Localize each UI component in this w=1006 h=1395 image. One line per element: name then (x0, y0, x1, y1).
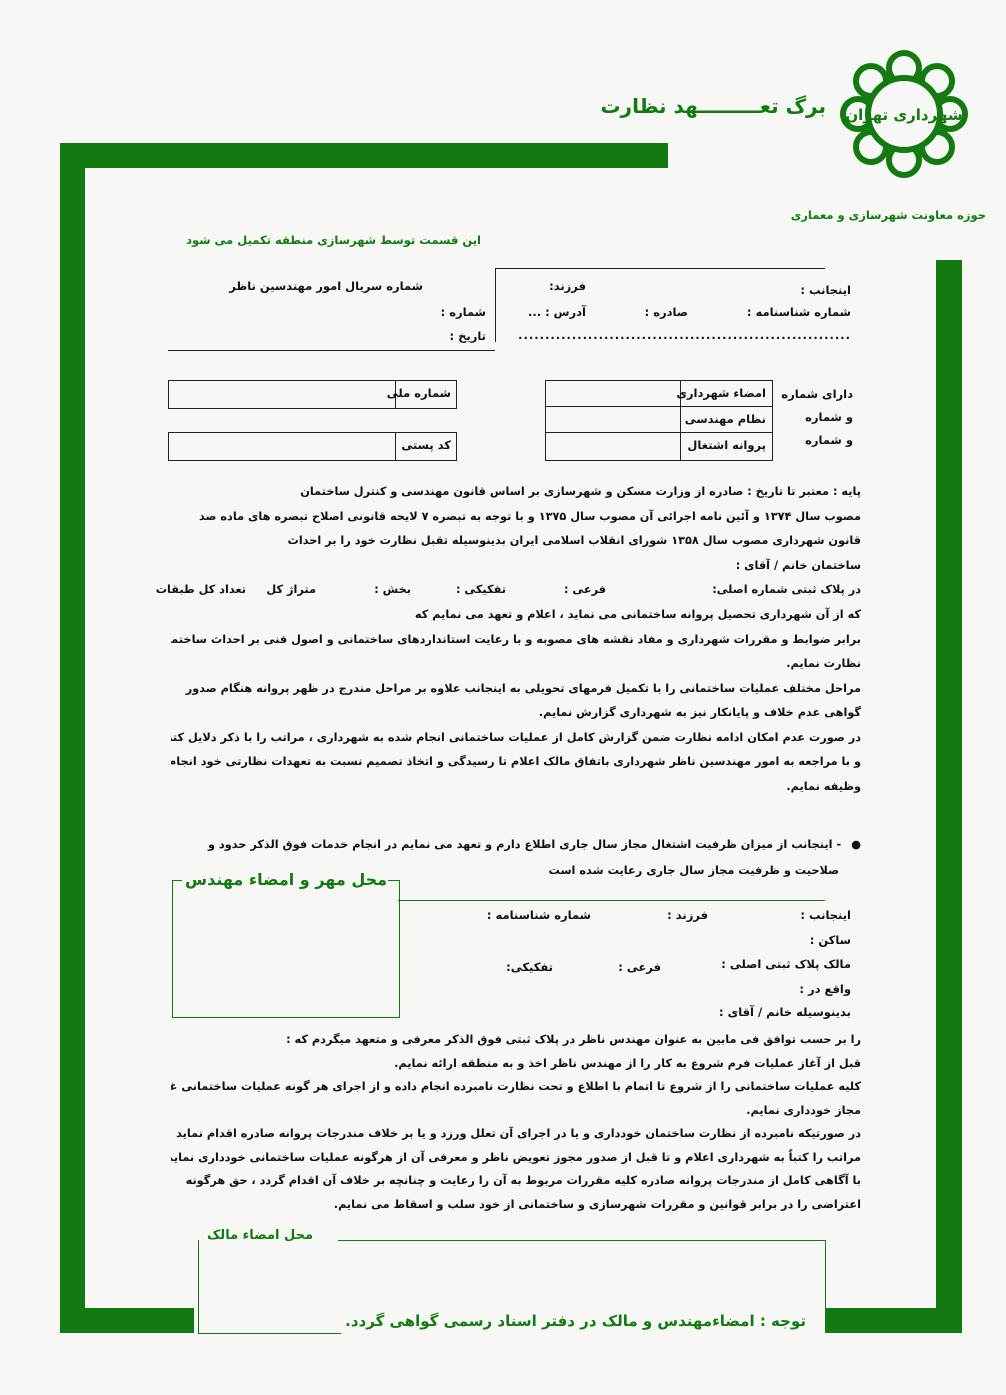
paragraph-line: و با مراجعه به امور مهندسین ناظر شهرداری… (171, 750, 861, 775)
engineer-stamp-box[interactable] (172, 880, 400, 1018)
paragraph-line: گواهی عدم خلاف و پایانکار نیز به شهرداری… (171, 701, 861, 726)
paragraph-line: وظیفه نمایم. (171, 775, 861, 800)
engineering-system-field[interactable]: نظام مهندسی (685, 412, 766, 426)
section1-vertical-rule (495, 268, 496, 342)
section1-bottom-rule (168, 350, 495, 351)
owner-section-divider (398, 900, 825, 901)
plaque-area-label: متراژ کل (266, 583, 316, 596)
owner-sub-label: فرعی : (618, 960, 661, 974)
owner-child-of-label: فرزند : (667, 908, 708, 922)
plaque-row: در پلاک ثبتی شماره اصلی: فرعی : تفکیکی :… (171, 583, 861, 603)
paragraph-line: در صورت عدم امکان ادامه نظارت ضمن گزارش … (171, 726, 861, 751)
paragraph-line: اعتراضی را در برابر قوانین و مقررات شهرس… (171, 1193, 861, 1217)
plaque-sub-label: فرعی : (564, 583, 606, 596)
id-number-label: شماره شناسنامه : (747, 305, 851, 319)
paragraph-line: در صورتیکه نامبرده از نظارت ساختمان خودد… (171, 1122, 861, 1146)
issued-label: صادره : (645, 305, 688, 319)
and-number-label-2: و شماره (805, 433, 853, 447)
owner-resident-label: ساکن : (810, 933, 851, 947)
plaque-separated-label: تفکیکی : (456, 583, 506, 596)
frame-left-bar (60, 143, 85, 1333)
paragraph-line: مصوب سال ۱۳۷۴ و آئین نامه اجرائی آن مصوب… (171, 505, 861, 530)
owner-commitment-paragraph: را بر حسب توافق فی مابین به عنوان مهندس … (171, 1028, 861, 1216)
municipality-signature-field[interactable]: امضاء شهرداری (676, 386, 766, 400)
plaque-floors-label: تعداد کل طبقات (156, 583, 246, 596)
national-id-label: شماره ملی (387, 386, 451, 400)
paragraph-line: که از آن شهرداری تحصیل پروانه ساختمانی م… (171, 603, 861, 628)
commitment-paragraph-2: که از آن شهرداری تحصیل پروانه ساختمانی م… (171, 603, 861, 799)
paragraph-line: مراحل مختلف عملیات ساختمانی را با تکمیل … (171, 677, 861, 702)
serial-number-label: شماره : (441, 305, 486, 319)
stamp-box-top-left-tick (172, 880, 182, 881)
and-number-label-1: و شماره (805, 410, 853, 424)
postal-code-divider (395, 432, 396, 461)
frame-bottom-right-bar (825, 1308, 962, 1333)
paragraph-line: با آگاهی کامل از مندرجات پروانه صادره کل… (171, 1169, 861, 1193)
owner-located-label: واقع در : (799, 982, 851, 996)
child-of-label: فرزند: (549, 279, 586, 293)
credentials-value-cells[interactable] (547, 382, 678, 458)
plaque-section-label: بخش : (374, 583, 411, 596)
frame-bottom-left-bar (60, 1308, 194, 1333)
paragraph-line: نظارت نمایم. (171, 652, 861, 677)
address-dots: ........................................… (511, 328, 851, 342)
zone-note: این قسمت توسط شهرسازی منطقه تکمیل می شود (186, 233, 481, 247)
department-name: حوزه معاونت شهرسازی و معماری (791, 208, 986, 222)
paragraph-line: قانون شهرداری مصوب سال ۱۳۵۸ شورای انقلاب… (171, 529, 861, 554)
paragraph-line: پایه : معتبر تا تاریخ : صادره از وزارت م… (171, 480, 861, 505)
svg-text:شهرداری تهران: شهرداری تهران (845, 106, 962, 124)
owner-plaque-label: مالک پلاک ثبتی اصلی : (721, 957, 851, 971)
owner-separated-label: تفکیکی: (506, 960, 553, 974)
paragraph-line: مجاز خودداری نمایم. (171, 1099, 861, 1123)
stamp-box-top-right-tick (388, 880, 399, 881)
owner-hereby-label: بدینوسیله خانم / آقای : (719, 1005, 851, 1019)
postal-code-label: کد پستی (401, 438, 451, 452)
tehran-municipality-emblem-icon: شهرداری تهران (838, 48, 970, 180)
bullet-dot-icon: ● (851, 838, 861, 851)
address-label: آدرس : ... (528, 305, 586, 319)
paragraph-line: قبل از آغاز عملیات فرم شروع به کار را از… (171, 1052, 861, 1076)
engineer-stamp-label: محل مهر و امضاء مهندس (185, 870, 387, 889)
serial-date-label: تاریخ : (450, 329, 486, 343)
paragraph-line: مراتب را کتباً به شهرداری اعلام و تا قبل… (171, 1146, 861, 1170)
section1-top-rule (495, 268, 825, 269)
owner-signature-label: محل امضاء مالک (207, 1228, 313, 1243)
owner-applicant-label: اینجانب : (800, 908, 851, 922)
plaque-main-label: در پلاک ثبتی شماره اصلی: (712, 583, 861, 596)
owner-box-bottom-rule (198, 1333, 341, 1334)
commitment-paragraph-1: پایه : معتبر تا تاریخ : صادره از وزارت م… (171, 480, 861, 578)
paragraph-line: را بر حسب توافق فی مابین به عنوان مهندس … (171, 1028, 861, 1052)
has-number-label: دارای شماره (781, 387, 853, 401)
applicant-label: اینجانب : (800, 283, 851, 297)
paragraph-line: کلیه عملیات ساختمانی را از شروع تا اتمام… (171, 1075, 861, 1099)
paragraph-line: برابر ضوابط و مقررات شهرداری و مفاد نقشه… (171, 628, 861, 653)
owner-id-number-label: شماره شناسنامه : (487, 908, 591, 922)
form-title: برگ تعـــــــــهد نظارت (600, 94, 826, 118)
municipality-logo: شهرداری تهران (838, 48, 970, 180)
serial-title: شماره سریال امور مهندسین ناظر (229, 279, 423, 293)
owner-box-top-rule (338, 1240, 826, 1241)
notary-note: توجه : امضاءمهندس و مالک در دفتر اسناد ر… (345, 1312, 806, 1330)
frame-top-bar (60, 143, 668, 168)
frame-right-bar (936, 260, 962, 1333)
paragraph-line: ساختمان خانم / آقای : (171, 554, 861, 579)
work-license-field[interactable]: پروانه اشتغال (687, 438, 766, 452)
